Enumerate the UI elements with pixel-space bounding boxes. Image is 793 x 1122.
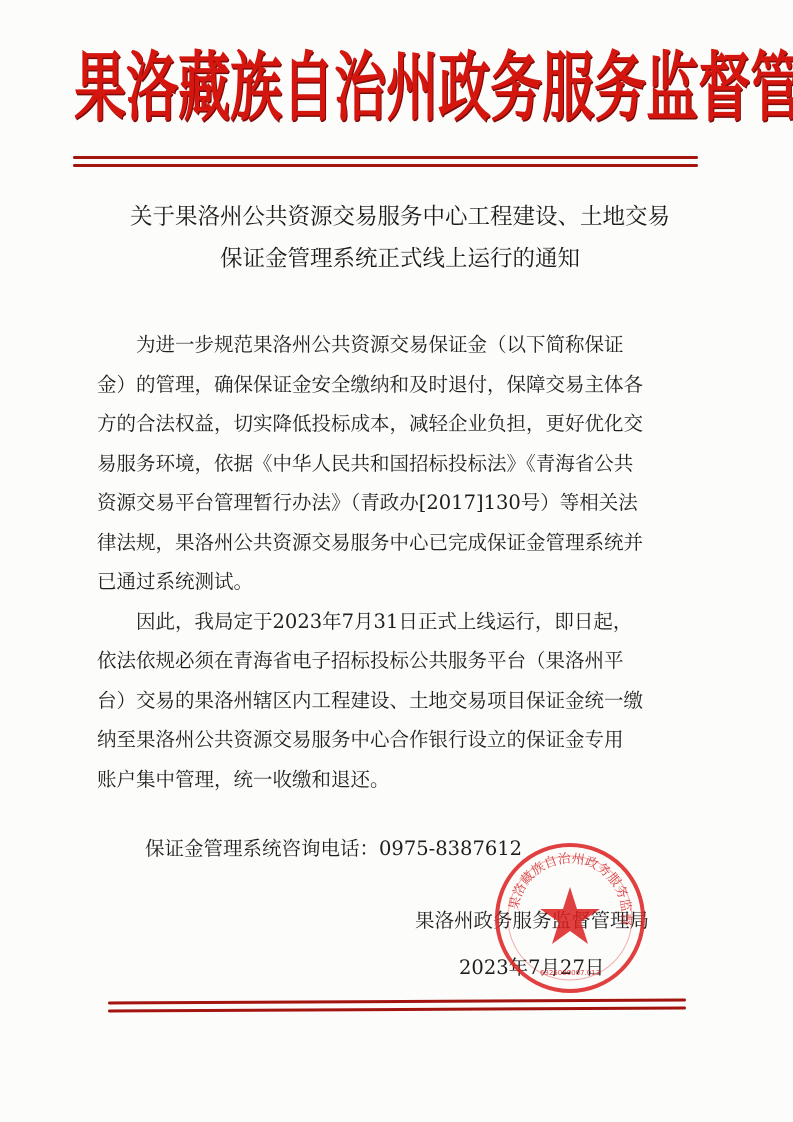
document-body: 为进一步规范果洛州公共资源交易保证金（以下简称保证 金）的管理，确保保证金安全缴…: [97, 325, 707, 799]
paragraph-1: 为进一步规范果洛州公共资源交易保证金（以下简称保证 金）的管理，确保保证金安全缴…: [97, 325, 707, 602]
contact-phone-number: 0975-8387612: [379, 837, 522, 860]
body-line: 为进一步规范果洛州公共资源交易保证金（以下简称保证: [97, 325, 707, 365]
document-title: 关于果洛州公共资源交易服务中心工程建设、土地交易 保证金管理系统正式线上运行的通…: [90, 196, 710, 280]
letterhead-char: 治: [334, 51, 386, 126]
header-rule-line: [73, 164, 698, 167]
letterhead-char: 藏: [178, 51, 230, 126]
body-line: 方的合法权益，切实降低投标成本，减轻企业负担，更好优化交: [97, 404, 707, 444]
body-line: 金）的管理，确保保证金安全缴纳和及时退付，保障交易主体各: [97, 365, 707, 405]
contact-phone: 保证金管理系统咨询电话：0975-8387612: [145, 833, 522, 861]
body-line: 已通过系统测试。: [97, 562, 707, 602]
header-rule-line: [73, 156, 698, 159]
body-line: 台）交易的果洛州辖区内工程建设、土地交易项目保证金统一缴: [97, 681, 707, 721]
body-line: 账户集中管理，统一收缴和退还。: [97, 760, 707, 800]
letterhead-char: 监: [646, 51, 698, 126]
letterhead-char: 洛: [126, 51, 178, 126]
signature-date: 2023年7月27日: [459, 952, 604, 980]
body-line: 依法依规必须在青海省电子招标投标公共服务平台（果洛州平: [97, 641, 707, 681]
letterhead-char: 服: [542, 51, 594, 126]
body-line: 易服务环境，依据《中华人民共和国招标投标法》《青海省公共: [97, 444, 707, 484]
letterhead-char: 族: [230, 51, 282, 126]
letterhead-char: 务: [594, 51, 646, 126]
letterhead: 果 洛 藏 族 自 治 州 政 务 服 务 监 督 管 理 局: [74, 44, 724, 134]
letterhead-char: 自: [282, 51, 334, 126]
letterhead-char: 管: [750, 51, 793, 126]
body-line: 因此，我局定于2023年7月31日正式上线运行，即日起，: [97, 602, 707, 642]
contact-label: 保证金管理系统咨询电话：: [145, 837, 379, 860]
footer-rule-line: [108, 998, 686, 1004]
letterhead-char: 务: [490, 51, 542, 126]
footer-rule-line: [108, 1006, 686, 1012]
title-line-2: 保证金管理系统正式线上运行的通知: [90, 238, 710, 280]
letterhead-char: 果: [74, 51, 126, 126]
letterhead-char: 政: [438, 51, 490, 126]
body-line: 纳至果洛州公共资源交易服务中心合作银行设立的保证金专用: [97, 720, 707, 760]
paragraph-2: 因此，我局定于2023年7月31日正式上线运行，即日起， 依法依规必须在青海省电…: [97, 602, 707, 800]
document-page: 果 洛 藏 族 自 治 州 政 务 服 务 监 督 管 理 局 关于果洛州公共资…: [0, 0, 793, 1122]
title-line-1: 关于果洛州公共资源交易服务中心工程建设、土地交易: [90, 196, 710, 238]
body-line: 律法规，果洛州公共资源交易服务中心已完成保证金管理系统并: [97, 523, 707, 563]
signature-organization: 果洛州政务服务监督管理局: [415, 905, 649, 933]
body-line: 资源交易平台管理暂行办法》（青政办[2017]130号）等相关法: [97, 483, 707, 523]
letterhead-char: 州: [386, 51, 438, 126]
letterhead-char: 督: [698, 51, 750, 126]
